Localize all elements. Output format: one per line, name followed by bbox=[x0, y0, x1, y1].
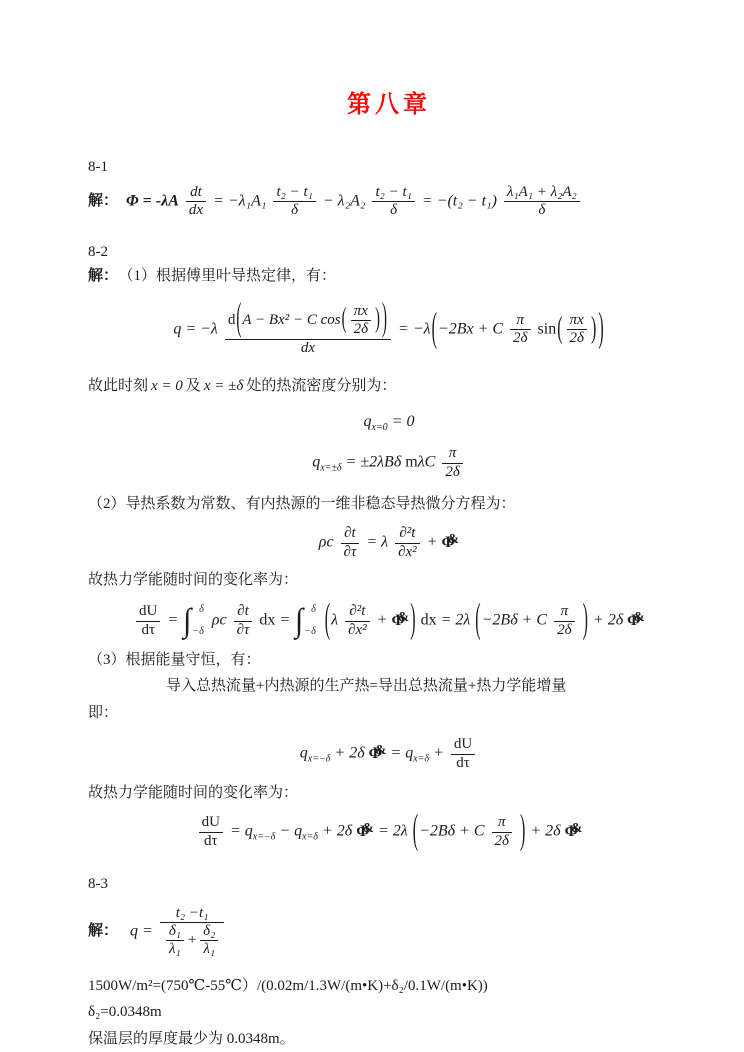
equation-q-xdelta: qx=±δ = ±2λBδ mλC π2δ bbox=[88, 445, 690, 481]
right-paren: ) bbox=[582, 597, 589, 644]
corrupted-glyph: & bbox=[634, 609, 645, 625]
math-run: = −λ₁A₁ bbox=[213, 192, 266, 209]
upper-limit: δ bbox=[199, 605, 204, 615]
chapter-title: 第八章 bbox=[88, 84, 690, 119]
math-run: + 2δ bbox=[530, 823, 560, 840]
right-paren: ) bbox=[597, 306, 604, 353]
document-page: 第八章 8-1 解：Φ = -λA dtdx = −λ₁A₁ t₂ − t₁δ … bbox=[0, 0, 744, 1052]
fraction: dUdτ bbox=[199, 814, 223, 850]
q-symbol: q bbox=[312, 454, 320, 471]
subscript: x=δ bbox=[413, 754, 429, 765]
fraction: π2δ bbox=[554, 603, 574, 639]
problem-8-3-label: 8-3 bbox=[88, 876, 690, 893]
text-line-intro: 解：（1）根据傅里叶导热定律，有： bbox=[88, 265, 690, 288]
mp-symbol: m bbox=[405, 454, 417, 471]
text-line-conclusion: 保温层的厚度最少为 0.0348m。 bbox=[88, 1028, 690, 1051]
equation-diffusion: ρc ∂t∂τ = λ ∂²t∂x² + Φ& bbox=[88, 525, 690, 561]
corrupted-glyph: & bbox=[375, 742, 386, 758]
phi-dot-symbol: Φ& bbox=[565, 820, 583, 841]
fraction: d(A − Bx² − C cos(πx2δ)) dx bbox=[225, 303, 391, 357]
math-run: = λ bbox=[366, 534, 388, 551]
left-paren: ( bbox=[556, 312, 563, 346]
left-paren: ( bbox=[474, 597, 481, 644]
math-run: −2Bδ + C bbox=[419, 823, 484, 840]
text-line-rate2: 故热力学能随时间的变化率为： bbox=[88, 782, 690, 805]
phi-dot-symbol: Φ& bbox=[627, 609, 645, 630]
equation-q-x0: qx=0 = 0 bbox=[88, 413, 690, 431]
q-symbol: q bbox=[300, 745, 308, 762]
phi-dot-symbol: Φ& bbox=[356, 820, 374, 841]
math-run: − λ₂A₂ bbox=[323, 192, 366, 209]
solution-label: 解： bbox=[88, 193, 118, 209]
fraction: dUdτ bbox=[451, 736, 475, 772]
fraction: ∂t∂τ bbox=[234, 603, 253, 639]
integral: ∫δ−δ bbox=[183, 605, 207, 637]
math-run: = 0 bbox=[392, 413, 415, 430]
corrupted-glyph: & bbox=[448, 531, 459, 547]
math-run: q = −λ bbox=[173, 321, 218, 338]
differential-d: d bbox=[228, 312, 236, 329]
math-run: ρc bbox=[212, 612, 227, 629]
fraction: δ₁λ₁ bbox=[166, 923, 184, 959]
inline-math: x = 0 bbox=[151, 378, 183, 394]
math-run: λC bbox=[418, 454, 436, 471]
math-run: ρc bbox=[319, 534, 334, 551]
equation-8-2-flux: q = −λ d(A − Bx² − C cos(πx2δ)) dx = −λ(… bbox=[88, 303, 690, 357]
dx-operator: dx bbox=[421, 612, 437, 629]
subscript: x=0 bbox=[372, 422, 388, 433]
math-run: + 2δ bbox=[593, 612, 623, 629]
math-run: Φ = -λA bbox=[126, 192, 179, 209]
fraction: t₂ − t₁δ bbox=[372, 184, 414, 220]
math-run: = bbox=[167, 612, 178, 629]
text-line-rate: 故热力学能随时间的变化率为： bbox=[88, 569, 690, 592]
subscript: x=δ bbox=[302, 832, 318, 843]
left-paren: ( bbox=[431, 306, 438, 353]
math-run: A − Bx² − C cos bbox=[242, 312, 340, 329]
text-line-ji: 即： bbox=[88, 702, 690, 725]
lower-limit: −δ bbox=[192, 627, 203, 637]
math-run: −2Bx + C bbox=[438, 321, 503, 338]
fraction: t₂ − t₁δ bbox=[273, 184, 315, 220]
phi-dot-symbol: Φ& bbox=[391, 609, 409, 630]
fraction: dtdx bbox=[186, 184, 206, 220]
math-run: −2Bδ + C bbox=[482, 612, 547, 629]
phi-dot-symbol: Φ& bbox=[369, 742, 387, 763]
text-line-energy-balance: 导入总热流量+内热源的生产热=导出总热流量+热力学能增量 bbox=[88, 675, 690, 698]
corrupted-glyph: & bbox=[363, 820, 374, 836]
math-run: = bbox=[279, 612, 290, 629]
subscript: x=−δ bbox=[308, 754, 331, 765]
math-run: = bbox=[230, 823, 241, 840]
subscript: x=±δ bbox=[320, 463, 341, 474]
phi-dot-symbol: Φ& bbox=[441, 531, 459, 552]
math-run: − bbox=[279, 823, 290, 840]
fraction: dUdτ bbox=[136, 603, 160, 639]
fraction: ∂²t∂x² bbox=[345, 603, 370, 639]
corrupted-glyph: & bbox=[571, 820, 582, 836]
q-symbol: q bbox=[130, 922, 138, 939]
right-paren: ) bbox=[519, 808, 526, 855]
fraction: π2δ bbox=[442, 445, 462, 481]
upper-limit: δ bbox=[311, 605, 316, 615]
right-paren: ) bbox=[590, 312, 597, 346]
math-run: = −λ bbox=[398, 321, 431, 338]
lower-limit: −δ bbox=[304, 627, 315, 637]
fraction: π2δ bbox=[510, 312, 530, 348]
q-symbol: q bbox=[364, 413, 372, 430]
equation-8-1: 解：Φ = -λA dtdx = −λ₁A₁ t₂ − t₁δ − λ₂A₂ t… bbox=[88, 184, 690, 220]
math-run: + bbox=[187, 932, 197, 949]
text: 及 bbox=[186, 378, 201, 394]
math-run: = bbox=[142, 922, 153, 939]
math-run: + 2δ bbox=[322, 823, 352, 840]
fraction: πx2δ bbox=[351, 303, 371, 339]
math-run: = ±2λBδ bbox=[346, 454, 402, 471]
math-run: + bbox=[427, 534, 438, 551]
left-paren: ( bbox=[324, 597, 331, 644]
math-run: + bbox=[433, 745, 444, 762]
math-run: + 2δ bbox=[334, 745, 364, 762]
fraction: ∂²t∂x² bbox=[395, 525, 420, 561]
left-paren: ( bbox=[412, 808, 419, 855]
text-line-flux-positions: 故此时刻x = 0及x = ±δ处的热流密度分别为： bbox=[88, 375, 690, 398]
left-paren: ( bbox=[341, 304, 348, 337]
integral-sign: ∫ bbox=[295, 605, 303, 638]
subscript: x=−δ bbox=[253, 832, 276, 843]
equation-energy-rate: dUdτ = ∫δ−δ ρc ∂t∂τ dx = ∫δ−δ (λ ∂²t∂x² … bbox=[88, 603, 690, 639]
fraction: π2δ bbox=[492, 814, 512, 850]
fraction: πx2δ bbox=[567, 312, 587, 348]
problem-8-1-label: 8-1 bbox=[88, 159, 690, 176]
fraction: t₂ −t₁ δ₁λ₁ + δ₂λ₁ bbox=[160, 905, 225, 959]
text-line-part3: （3）根据能量守恒，有： bbox=[88, 649, 690, 672]
integral: ∫δ−δ bbox=[295, 605, 319, 637]
fraction: ∂t∂τ bbox=[341, 525, 360, 561]
right-paren: ) bbox=[374, 304, 381, 337]
q-symbol: q bbox=[294, 823, 302, 840]
right-paren: ) bbox=[409, 597, 416, 644]
text-line-part2: （2）导热系数为常数、有内热源的一维非稳态导热微分方程为： bbox=[88, 493, 690, 516]
fraction: λ₁A₁ + λ₂A₂δ bbox=[504, 184, 580, 220]
solution-label: 解： bbox=[88, 923, 118, 939]
integral-sign: ∫ bbox=[183, 605, 191, 638]
right-paren: ) bbox=[381, 298, 388, 343]
corrupted-glyph: & bbox=[398, 609, 409, 625]
sin-operator: sin bbox=[538, 321, 557, 338]
left-paren: ( bbox=[235, 298, 242, 343]
solution-label: 解： bbox=[88, 268, 118, 284]
fraction: δ₂λ₁ bbox=[200, 923, 218, 959]
math-run: = −(t₂ − t₁) bbox=[422, 192, 497, 209]
dx-operator: dx bbox=[259, 612, 275, 629]
text: 处的热流密度分别为： bbox=[246, 378, 396, 394]
problem-8-2-label: 8-2 bbox=[88, 244, 690, 261]
equation-energy-rate-2: dUdτ = qx=−δ − qx=δ + 2δ Φ& = 2λ (−2Bδ +… bbox=[88, 814, 690, 850]
equation-8-3: 解： q = t₂ −t₁ δ₁λ₁ + δ₂λ₁ bbox=[88, 905, 690, 959]
text-line-result: δ₂=0.0348m bbox=[88, 1001, 690, 1024]
inline-math: x = ±δ bbox=[204, 378, 244, 394]
text-line-calc: 1500W/m²=(750℃-55℃）/(0.02m/1.3W/(m•K)+δ₂… bbox=[88, 975, 690, 998]
math-run: = 2λ bbox=[441, 612, 471, 629]
math-run: λ bbox=[331, 612, 338, 629]
q-symbol: q bbox=[245, 823, 253, 840]
math-run: + bbox=[377, 612, 388, 629]
math-run: = bbox=[390, 745, 401, 762]
text: （1）根据傅里叶导热定律，有： bbox=[126, 268, 336, 284]
math-run: = 2λ bbox=[378, 823, 408, 840]
equation-balance: qx=−δ + 2δ Φ& = qx=δ + dUdτ bbox=[88, 736, 690, 772]
text: 故此时刻 bbox=[88, 378, 148, 394]
